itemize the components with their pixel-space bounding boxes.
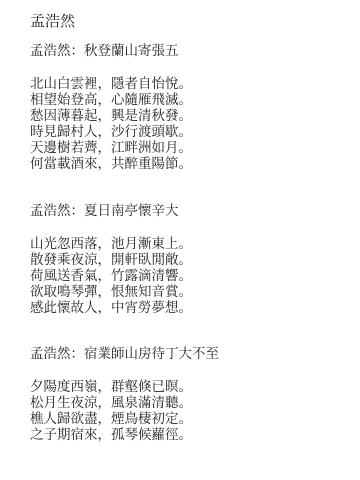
poem-line: 夕陽度西嶺，群壑倏已暝。 bbox=[30, 379, 219, 395]
poem-lines: 夕陽度西嶺，群壑倏已暝。 松月生夜涼，風泉滿清聽。 樵人歸欲盡，煙鳥棲初定。 之… bbox=[30, 379, 219, 443]
spacer bbox=[30, 362, 219, 379]
poem-section: 孟浩然：夏日南亭懷辛大 山光忽西落，池月漸東上。 散發乘夜涼，開軒臥閒敞。 荷風… bbox=[30, 203, 192, 316]
poem-line: 愁因薄暮起，興是清秋發。 bbox=[30, 108, 192, 124]
poem-lines: 山光忽西落，池月漸東上。 散發乘夜涼，開軒臥閒敞。 荷風送香氣，竹露滴清響。 欲… bbox=[30, 236, 192, 316]
poem-line: 樵人歸欲盡，煙鳥棲初定。 bbox=[30, 411, 219, 427]
poem-line: 北山白雲裡，隱者自怡悅。 bbox=[30, 76, 192, 92]
poem-lines: 北山白雲裡，隱者自怡悅。 相望始登高，心隨雁飛滅。 愁因薄暮起，興是清秋發。 時… bbox=[30, 76, 192, 172]
page-title: 孟浩然 bbox=[30, 11, 75, 31]
poem-line: 之子期宿來，孤琴候蘿徑。 bbox=[30, 427, 219, 443]
poem-section: 孟浩然：秋登蘭山寄張五 北山白雲裡，隱者自怡悅。 相望始登高，心隨雁飛滅。 愁因… bbox=[30, 43, 192, 172]
poem-heading: 孟浩然：夏日南亭懷辛大 bbox=[30, 203, 192, 219]
poem-line: 荷風送香氣，竹露滴清響。 bbox=[30, 268, 192, 284]
poem-heading: 孟浩然：秋登蘭山寄張五 bbox=[30, 43, 192, 59]
poem-line: 欲取鳴琴彈，恨無知音賞。 bbox=[30, 284, 192, 300]
poem-section: 孟浩然：宿業師山房待丁大不至 夕陽度西嶺，群壑倏已暝。 松月生夜涼，風泉滿清聽。… bbox=[30, 346, 219, 443]
spacer bbox=[30, 59, 192, 76]
poem-line: 感此懷故人，中宵勞夢想。 bbox=[30, 300, 192, 316]
poem-heading: 孟浩然：宿業師山房待丁大不至 bbox=[30, 346, 219, 362]
poem-line: 時見歸村人，沙行渡頭歇。 bbox=[30, 124, 192, 140]
poem-line: 松月生夜涼，風泉滿清聽。 bbox=[30, 395, 219, 411]
poem-line: 何當載酒來，共醉重陽節。 bbox=[30, 156, 192, 172]
poem-line: 相望始登高，心隨雁飛滅。 bbox=[30, 92, 192, 108]
poem-line: 天邊樹若薺，江畔洲如月。 bbox=[30, 140, 192, 156]
spacer bbox=[30, 219, 192, 236]
poem-line: 山光忽西落，池月漸東上。 bbox=[30, 236, 192, 252]
poem-line: 散發乘夜涼，開軒臥閒敞。 bbox=[30, 252, 192, 268]
